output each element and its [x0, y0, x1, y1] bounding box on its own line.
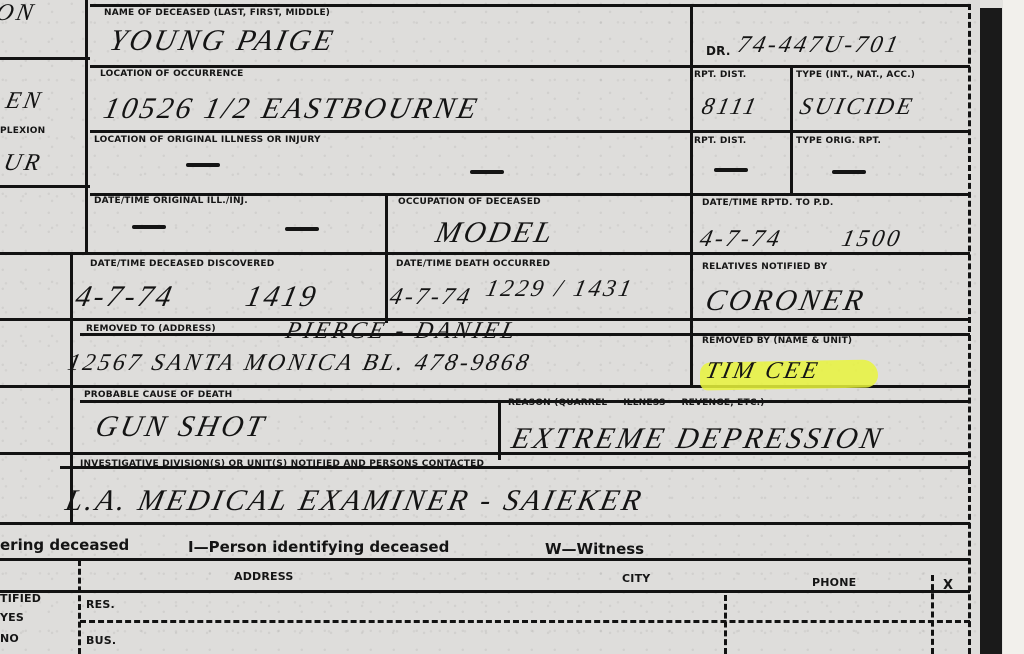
rule: [90, 130, 970, 133]
margin-fragment: EN: [3, 88, 45, 115]
reason-value: Extreme Depression: [508, 422, 887, 456]
rule: [0, 558, 970, 561]
notified-yes-checkbox[interactable]: YES: [0, 611, 24, 624]
date-original-value: [132, 225, 166, 229]
column-header-address: ADDRESS: [234, 570, 294, 583]
location-occurrence-value: 10526 1/2 Eastbourne: [100, 92, 482, 126]
location-original-label: Location of original illness or injury: [94, 135, 321, 145]
rule: [90, 65, 970, 68]
rpt-dist-orig-value: [714, 168, 748, 172]
time-original-value: [285, 227, 319, 231]
rule: [0, 185, 90, 188]
removed-to-line1: Pierce - Daniel: [283, 318, 520, 345]
type-death-label: Type (Int., Nat., Acc.): [796, 70, 915, 80]
rule: [85, 0, 88, 252]
scan-edge: [980, 8, 1002, 654]
rule: [690, 193, 693, 385]
relatives-notified-label: Relatives notified by: [702, 262, 827, 272]
column-header-phone: PHONE: [812, 576, 856, 589]
date-time-rptd-label: Date/Time rptd. to P.D.: [702, 198, 834, 208]
rpt-dist-orig-label: Rpt. Dist.: [694, 136, 746, 146]
rule: [0, 57, 90, 60]
rule: [70, 252, 73, 522]
occupation-value: Model: [432, 216, 558, 250]
dashed-rule: [78, 560, 81, 654]
notified-no-checkbox[interactable]: NO: [0, 632, 19, 645]
date-time-discovered-label: Date/Time deceased discovered: [90, 259, 274, 269]
legend-person-identifying: I—Person identifying deceased: [188, 538, 449, 556]
notified-label: TIFIED: [0, 592, 41, 605]
date-time-death-label: Date/Time death occurred: [396, 259, 550, 269]
rpt-dist-value: 8111: [699, 94, 761, 121]
rule: [790, 65, 793, 193]
legend-fragment: ering deceased: [0, 536, 129, 554]
dashed-rule: [80, 620, 970, 626]
location-original-value: [186, 163, 220, 167]
column-header-city: CITY: [622, 572, 650, 585]
time-discovered-value: 1419: [242, 280, 321, 314]
investigative-divisions-label: Investigative division(s) or unit(s) not…: [80, 459, 484, 469]
dr-number-value: 74-447U-701: [735, 32, 903, 59]
occupation-label: Occupation of deceased: [398, 197, 541, 207]
date-discovered-value: 4-7-74: [72, 280, 177, 314]
margin-fragment: UR: [1, 150, 45, 177]
margin-fragment: PLEXION: [0, 126, 45, 136]
dr-number-label: DR.: [706, 44, 731, 58]
name-of-deceased-label: Name of deceased (last, first, middle): [104, 8, 330, 18]
scanned-form: ON EN PLEXION UR Name of deceas: [0, 0, 980, 654]
time-death-value: 1229 / 1431: [483, 276, 636, 303]
removed-to-line2: 12567 Santa Monica Bl. 478-9868: [65, 350, 534, 377]
location-occurrence-label: Location of occurrence: [100, 69, 244, 79]
date-rptd-value: 4-7-74: [697, 226, 785, 253]
name-of-deceased-value: Young Paige: [106, 24, 338, 58]
probable-cause-value: Gun shot: [92, 410, 269, 444]
rule: [0, 590, 970, 593]
type-death-value: Suicide: [797, 94, 917, 121]
investigative-divisions-value: L.A. Medical Examiner - Saieker: [62, 484, 647, 518]
removed-to-label: Removed to (address): [86, 324, 216, 334]
margin-fragment: ON: [0, 0, 38, 27]
dashed-rule: [968, 4, 971, 654]
location-original-value: [470, 170, 504, 174]
probable-cause-label: Probable cause of death: [84, 390, 232, 400]
legend-witness: W—Witness: [545, 540, 644, 558]
column-header-x: X: [943, 578, 953, 593]
document-page: ON EN PLEXION UR Name of deceas: [0, 0, 1024, 654]
reason-label: Reason (quarrel — illness — revenge, etc…: [508, 398, 765, 408]
date-time-original-label: Date/Time original ill./inj.: [94, 196, 248, 206]
relatives-notified-value: Coroner: [702, 284, 869, 318]
type-orig-rpt-label: Type orig. rpt.: [796, 136, 881, 146]
date-death-value: 4-7-74: [387, 284, 475, 311]
removed-by-label: Removed by (name & unit): [702, 336, 852, 346]
rule: [0, 252, 970, 255]
rule: [90, 4, 970, 7]
dashed-rule: [931, 575, 934, 654]
rpt-dist-label: Rpt. Dist.: [694, 70, 746, 80]
rule: [498, 400, 501, 460]
dashed-rule: [724, 595, 727, 654]
row-label-bus: BUS.: [86, 634, 116, 647]
background-paper: [1003, 0, 1024, 654]
removed-by-value: Tim Cee: [703, 358, 822, 385]
rule: [0, 522, 970, 525]
time-rptd-value: 1500: [839, 226, 905, 253]
type-orig-rpt-value: [832, 170, 866, 174]
row-label-res: RES.: [86, 598, 115, 611]
